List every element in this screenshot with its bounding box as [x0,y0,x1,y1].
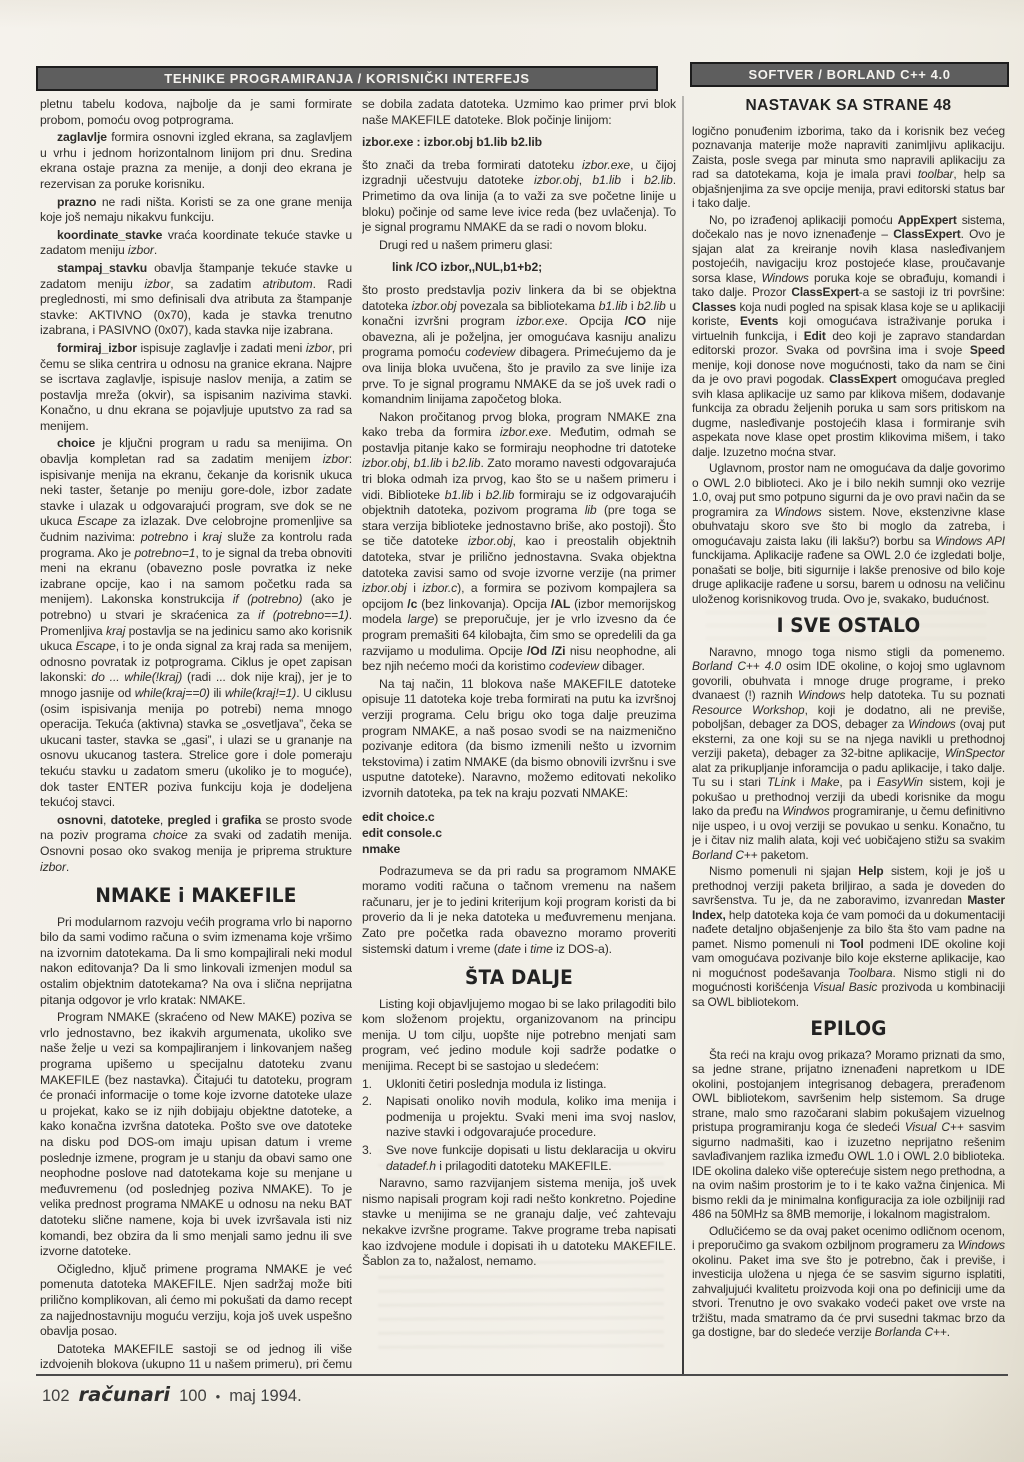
print-bleedthrough [378,1147,664,1353]
code-line: nmake [362,841,676,857]
magazine-title: računari [79,1383,171,1406]
paragraph: Naravno, mnogo toga nismo stigli da pome… [692,645,1005,863]
list-item: 2. Napisati onoliko novih modula, koliko… [362,1094,676,1141]
paragraph: zaglavlje formira osnovni izgled ekrana,… [40,130,352,192]
issue-number: 100 [179,1387,207,1406]
paragraph: koordinate_stavke vraća koordinate tekuć… [40,228,352,259]
magazine-page: TEHNIKE PROGRAMIRANJA / KORISNIČKI INTER… [0,0,1024,1462]
paragraph: osnovni, datoteke, pregled i grafika se … [40,813,352,875]
page-number: 102 [42,1387,70,1406]
code-line-linker: link /CO izbor,,NUL,b1+b2; [362,260,676,276]
paragraph: Program NMAKE (skraćeno od New MAKE) poz… [40,1010,352,1260]
paragraph: Datoteka MAKEFILE sastoji se od jednog i… [40,1342,352,1369]
paragraph: Očigledno, ključ primene programa NMAKE … [40,1262,352,1340]
column-3: NASTAVAK SA STRANE 48 logično ponuđenim … [692,97,1005,1369]
paragraph: Nismo pomenuli ni sjajan Help sistem, ko… [692,864,1005,1009]
paragraph: logično ponuđenim izborima, tako da i ko… [692,124,1005,211]
paragraph: Šta reći na kraju ovog prikaza? Moramo p… [692,1048,1005,1222]
paragraph: što prosto predstavlja poziv linkera da … [362,283,676,408]
paragraph: choice je ključni program u radu sa meni… [40,436,352,810]
paragraph: Podrazumeva se da pri radu sa programom … [362,864,676,958]
paragraph: Odlučićemo se da ovaj paket ocenimo odli… [692,1224,1005,1340]
paragraph: pletnu tabelu kodova, najbolje da je sam… [40,97,352,128]
print-bleedthrough [706,585,986,645]
list-item-number: 1. [362,1077,386,1093]
column-divider [682,96,684,1374]
column-1: pletnu tabelu kodova, najbolje da je sam… [40,97,352,1369]
page-footer: 102 računari 100 • maj 1994. [42,1383,302,1406]
section-header-left: TEHNIKE PROGRAMIRANJA / KORISNIČKI INTER… [36,66,658,91]
list-item-text: Ukloniti četiri poslednja modula iz list… [386,1077,676,1093]
footer-rule [36,1374,1008,1376]
issue-date: maj 1994. [229,1387,301,1406]
section-header-left-label: TEHNIKE PROGRAMIRANJA / KORISNIČKI INTER… [164,71,529,86]
paragraph: Listing koji objavljujemo mogao bi se la… [362,997,676,1075]
section-header-right-label: SOFTVER / BORLAND C++ 4.0 [748,67,950,82]
paragraph: Pri modularnom razvoju većih programa vr… [40,915,352,1009]
section-header-right: SOFTVER / BORLAND C++ 4.0 [690,62,1009,87]
paragraph: Drugi red u našem primeru glasi: [362,238,676,254]
paragraph: prazno ne radi ništa. Koristi se za one … [40,195,352,226]
heading-epilog: EPILOG [692,1023,1005,1038]
paragraph: se dobila zadata datoteka. Uzmimo kao pr… [362,97,676,128]
paragraph: formiraj_izbor ispisuje zaglavlje i zada… [40,341,352,435]
paragraph: što znači da treba formirati datoteku iz… [362,158,676,236]
heading-nastavak: NASTAVAK SA STRANE 48 [692,99,1005,114]
code-block-edit-nmake: edit choice.c edit console.c nmake [362,809,676,857]
list-item-text: Napisati onoliko novih modula, koliko im… [386,1094,676,1141]
code-line-makefile-rule: izbor.exe : izbor.obj b1.lib b2.lib [362,135,676,151]
list-item: 1. Ukloniti četiri poslednja modula iz l… [362,1077,676,1093]
code-line: edit console.c [362,825,676,841]
list-item-number: 2. [362,1094,386,1141]
paragraph: Na taj način, 11 blokova naše MAKEFILE d… [362,677,676,802]
paragraph: stampaj_stavku obavlja štampanje tekuće … [40,261,352,339]
bullet-separator: • [216,1389,221,1404]
heading-nmake-makefile: NMAKE i MAKEFILE [40,889,352,905]
heading-sta-dalje: ŠTA DALJE [362,971,676,987]
paragraph: No, po izrađenoj aplikaciji pomoću AppEx… [692,213,1005,460]
code-line: edit choice.c [362,809,676,825]
paragraph: Nakon pročitanog prvog bloka, program NM… [362,410,676,675]
